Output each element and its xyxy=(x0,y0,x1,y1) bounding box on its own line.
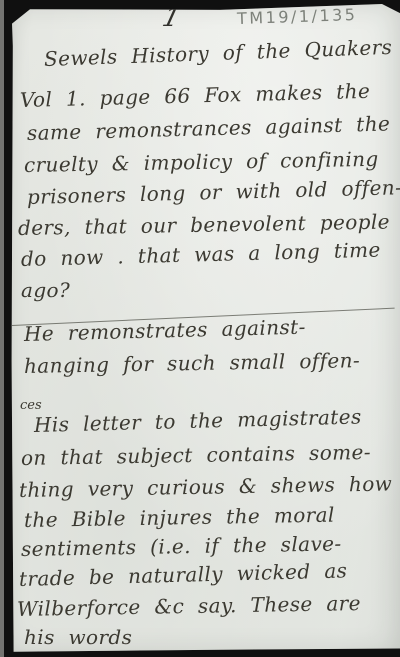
manuscript-line: do now . that was a long time xyxy=(21,237,381,272)
manuscript-line: ago? xyxy=(21,277,70,303)
page-number: 1 xyxy=(159,3,183,33)
manuscript-line: Wilberforce &c say. These are xyxy=(17,590,361,622)
manuscript-line: on that subject contains some- xyxy=(21,439,371,471)
manuscript-line: same remonstrances against the xyxy=(27,110,391,146)
manuscript-line: hanging for such small offen- xyxy=(24,347,361,379)
manuscript-line: the Bible injures the moral xyxy=(24,502,335,533)
manuscript-line: Sewels History of the Quakers xyxy=(44,34,393,72)
manuscript-line: cruelty & impolicy of confining xyxy=(24,146,379,178)
manuscript-line: Vol 1. page 66 Fox makes the xyxy=(20,78,371,113)
manuscript-line: sentiments (i.e. if the slave- xyxy=(21,530,342,562)
manuscript-line: He remonstrates against- xyxy=(24,314,306,347)
manuscript-line: his words xyxy=(24,624,132,650)
manuscript-photo: 1 TM19/1/135 Sewels History of the Quake… xyxy=(0,0,400,657)
manuscript-line: trade be naturally wicked as xyxy=(19,557,348,592)
manuscript-line: prisoners long or with old offen- xyxy=(27,174,400,210)
catalog-number: TM19/1/135 xyxy=(237,5,358,28)
manuscript-line: ders, that our benevolent people xyxy=(18,209,390,241)
manuscript-line: His letter to the magistrates xyxy=(34,403,362,438)
paper: 1 TM19/1/135 Sewels History of the Quake… xyxy=(0,0,400,657)
manuscript-line: thing very curious & shews how xyxy=(19,470,393,503)
